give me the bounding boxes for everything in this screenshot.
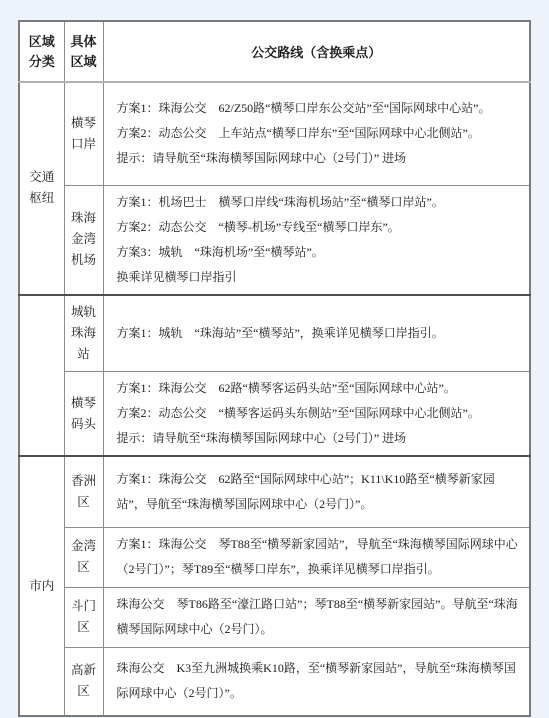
group-cell-transport-hub: 交通枢纽 bbox=[19, 82, 64, 295]
route-line: 方案2：动态公交 “横琴-机场”专线至“横琴口岸东”。 bbox=[117, 215, 524, 240]
route-line: 方案2：动态公交 上车站点“横琴口岸东”至“国际网球中心北侧站”。 bbox=[117, 121, 524, 146]
group-label: 交通枢纽 bbox=[28, 167, 55, 209]
table-row: 斗门区 珠海公交 琴T86路至“濠江路口站”；琴T88至“横琴新家园站”。导航至… bbox=[19, 587, 530, 647]
area-label: 斗门区 bbox=[70, 596, 97, 638]
route-line: 方案1：珠海公交 62路“横琴客运码头站”至“国际网球中心站”。 bbox=[117, 376, 524, 401]
route-line: 方案1：珠海公交 琴T88至“横琴新家园站”，导航至“珠海横琴国际网球中心（2号… bbox=[117, 532, 524, 582]
header-specific-area-label: 具体区域 bbox=[70, 32, 98, 72]
area-cell-hengqin-ferry: 横琴码头 bbox=[64, 372, 103, 457]
header-specific-area: 具体区域 bbox=[64, 21, 103, 82]
area-label: 金湾区 bbox=[70, 536, 97, 578]
route-cell-hengqin-port: 方案1：珠海公交 62/Z50路“横琴口岸东公交站”至“国际网球中心站”。 方案… bbox=[103, 82, 530, 185]
route-cell-zhuhai-rail-station: 方案1：城轨 “珠海站”至“横琴站”，换乘详见横琴口岸指引。 bbox=[103, 295, 530, 372]
area-cell-gaoxin: 高新区 bbox=[64, 647, 103, 716]
area-cell-hengqin-port: 横琴口岸 bbox=[64, 82, 103, 185]
table-row: 珠海金湾机场 方案1：机场巴士 横琴口岸线“珠海机场站”至“横琴口岸站”。 方案… bbox=[19, 185, 530, 295]
table-row: 横琴码头 方案1：珠海公交 62路“横琴客运码头站”至“国际网球中心站”。 方案… bbox=[19, 372, 530, 457]
table-header-row: 区域分类 具体区域 公交路线（含换乘点） bbox=[19, 21, 530, 82]
header-routes-label: 公交路线（含换乘点） bbox=[251, 45, 381, 60]
table-row: 金湾区 方案1：珠海公交 琴T88至“横琴新家园站”，导航至“珠海横琴国际网球中… bbox=[19, 527, 530, 587]
area-label: 城轨珠海站 bbox=[70, 302, 97, 365]
route-line: 珠海公交 琴T86路至“濠江路口站”；琴T88至“横琴新家园站”。导航至“珠海横… bbox=[117, 592, 524, 642]
group-cell-city: 市内 bbox=[19, 456, 64, 716]
page-background: 区域分类 具体区域 公交路线（含换乘点） 交通枢纽 横琴口岸 方案1：珠海公交 … bbox=[0, 0, 549, 718]
route-line: 方案1：城轨 “珠海站”至“横琴站”，换乘详见横琴口岸指引。 bbox=[117, 321, 524, 346]
area-cell-xiangzhou: 香洲区 bbox=[64, 456, 103, 527]
header-routes: 公交路线（含换乘点） bbox=[103, 21, 530, 82]
table-row: 交通枢纽 横琴口岸 方案1：珠海公交 62/Z50路“横琴口岸东公交站”至“国际… bbox=[19, 82, 530, 185]
route-line: 方案1：珠海公交 62/Z50路“横琴口岸东公交站”至“国际网球中心站”。 bbox=[117, 96, 524, 121]
table-row: 高新区 珠海公交 K3至九洲城换乘K10路，至“横琴新家园站”，导航至“珠海横琴… bbox=[19, 647, 530, 716]
route-line: 提示：请导航至“珠海横琴国际网球中心（2号门）” 进场 bbox=[117, 146, 524, 171]
area-label: 香洲区 bbox=[70, 471, 97, 513]
area-label: 珠海金湾机场 bbox=[70, 208, 97, 271]
route-line: 珠海公交 K3至九洲城换乘K10路，至“横琴新家园站”，导航至“珠海横琴国际网球… bbox=[117, 656, 524, 706]
route-line: 方案1：珠海公交 62路至“国际网球中心站”；K11\K10路至“横琴新家园站”… bbox=[117, 467, 524, 517]
table-row: 城轨珠海站 方案1：城轨 “珠海站”至“横琴站”，换乘详见横琴口岸指引。 bbox=[19, 295, 530, 372]
route-line: 换乘详见横琴口岸指引 bbox=[117, 265, 524, 290]
route-cell-jinwan: 方案1：珠海公交 琴T88至“横琴新家园站”，导航至“珠海横琴国际网球中心（2号… bbox=[103, 527, 530, 587]
route-line: 提示：请导航至“珠海横琴国际网球中心（2号门）” 进场 bbox=[117, 426, 524, 451]
area-label: 高新区 bbox=[70, 660, 97, 702]
route-cell-doumen: 珠海公交 琴T86路至“濠江路口站”；琴T88至“横琴新家园站”。导航至“珠海横… bbox=[103, 587, 530, 647]
header-region-category: 区域分类 bbox=[19, 21, 64, 82]
table-row: 市内 香洲区 方案1：珠海公交 62路至“国际网球中心站”；K11\K10路至“… bbox=[19, 456, 530, 527]
area-label: 横琴码头 bbox=[70, 393, 97, 435]
area-label: 横琴口岸 bbox=[70, 113, 97, 155]
route-cell-gaoxin: 珠海公交 K3至九洲城换乘K10路，至“横琴新家园站”，导航至“珠海横琴国际网球… bbox=[103, 647, 530, 716]
area-cell-jinwan: 金湾区 bbox=[64, 527, 103, 587]
route-cell-jinwan-airport: 方案1：机场巴士 横琴口岸线“珠海机场站”至“横琴口岸站”。 方案2：动态公交 … bbox=[103, 185, 530, 295]
group-cell-empty bbox=[19, 295, 64, 457]
route-cell-xiangzhou: 方案1：珠海公交 62路至“国际网球中心站”；K11\K10路至“横琴新家园站”… bbox=[103, 456, 530, 527]
group-label: 市内 bbox=[28, 576, 55, 597]
area-cell-jinwan-airport: 珠海金湾机场 bbox=[64, 185, 103, 295]
header-region-category-label: 区域分类 bbox=[28, 32, 56, 72]
transport-routes-table: 区域分类 具体区域 公交路线（含换乘点） 交通枢纽 横琴口岸 方案1：珠海公交 … bbox=[18, 20, 531, 717]
route-line: 方案3：城轨 “珠海机场”至“横琴站”。 bbox=[117, 240, 524, 265]
route-line: 方案1：机场巴士 横琴口岸线“珠海机场站”至“横琴口岸站”。 bbox=[117, 190, 524, 215]
route-line: 方案2：动态公交 “横琴客运码头东侧站”至“国际网球中心北侧站”。 bbox=[117, 401, 524, 426]
area-cell-doumen: 斗门区 bbox=[64, 587, 103, 647]
route-cell-hengqin-ferry: 方案1：珠海公交 62路“横琴客运码头站”至“国际网球中心站”。 方案2：动态公… bbox=[103, 372, 530, 457]
area-cell-zhuhai-rail-station: 城轨珠海站 bbox=[64, 295, 103, 372]
